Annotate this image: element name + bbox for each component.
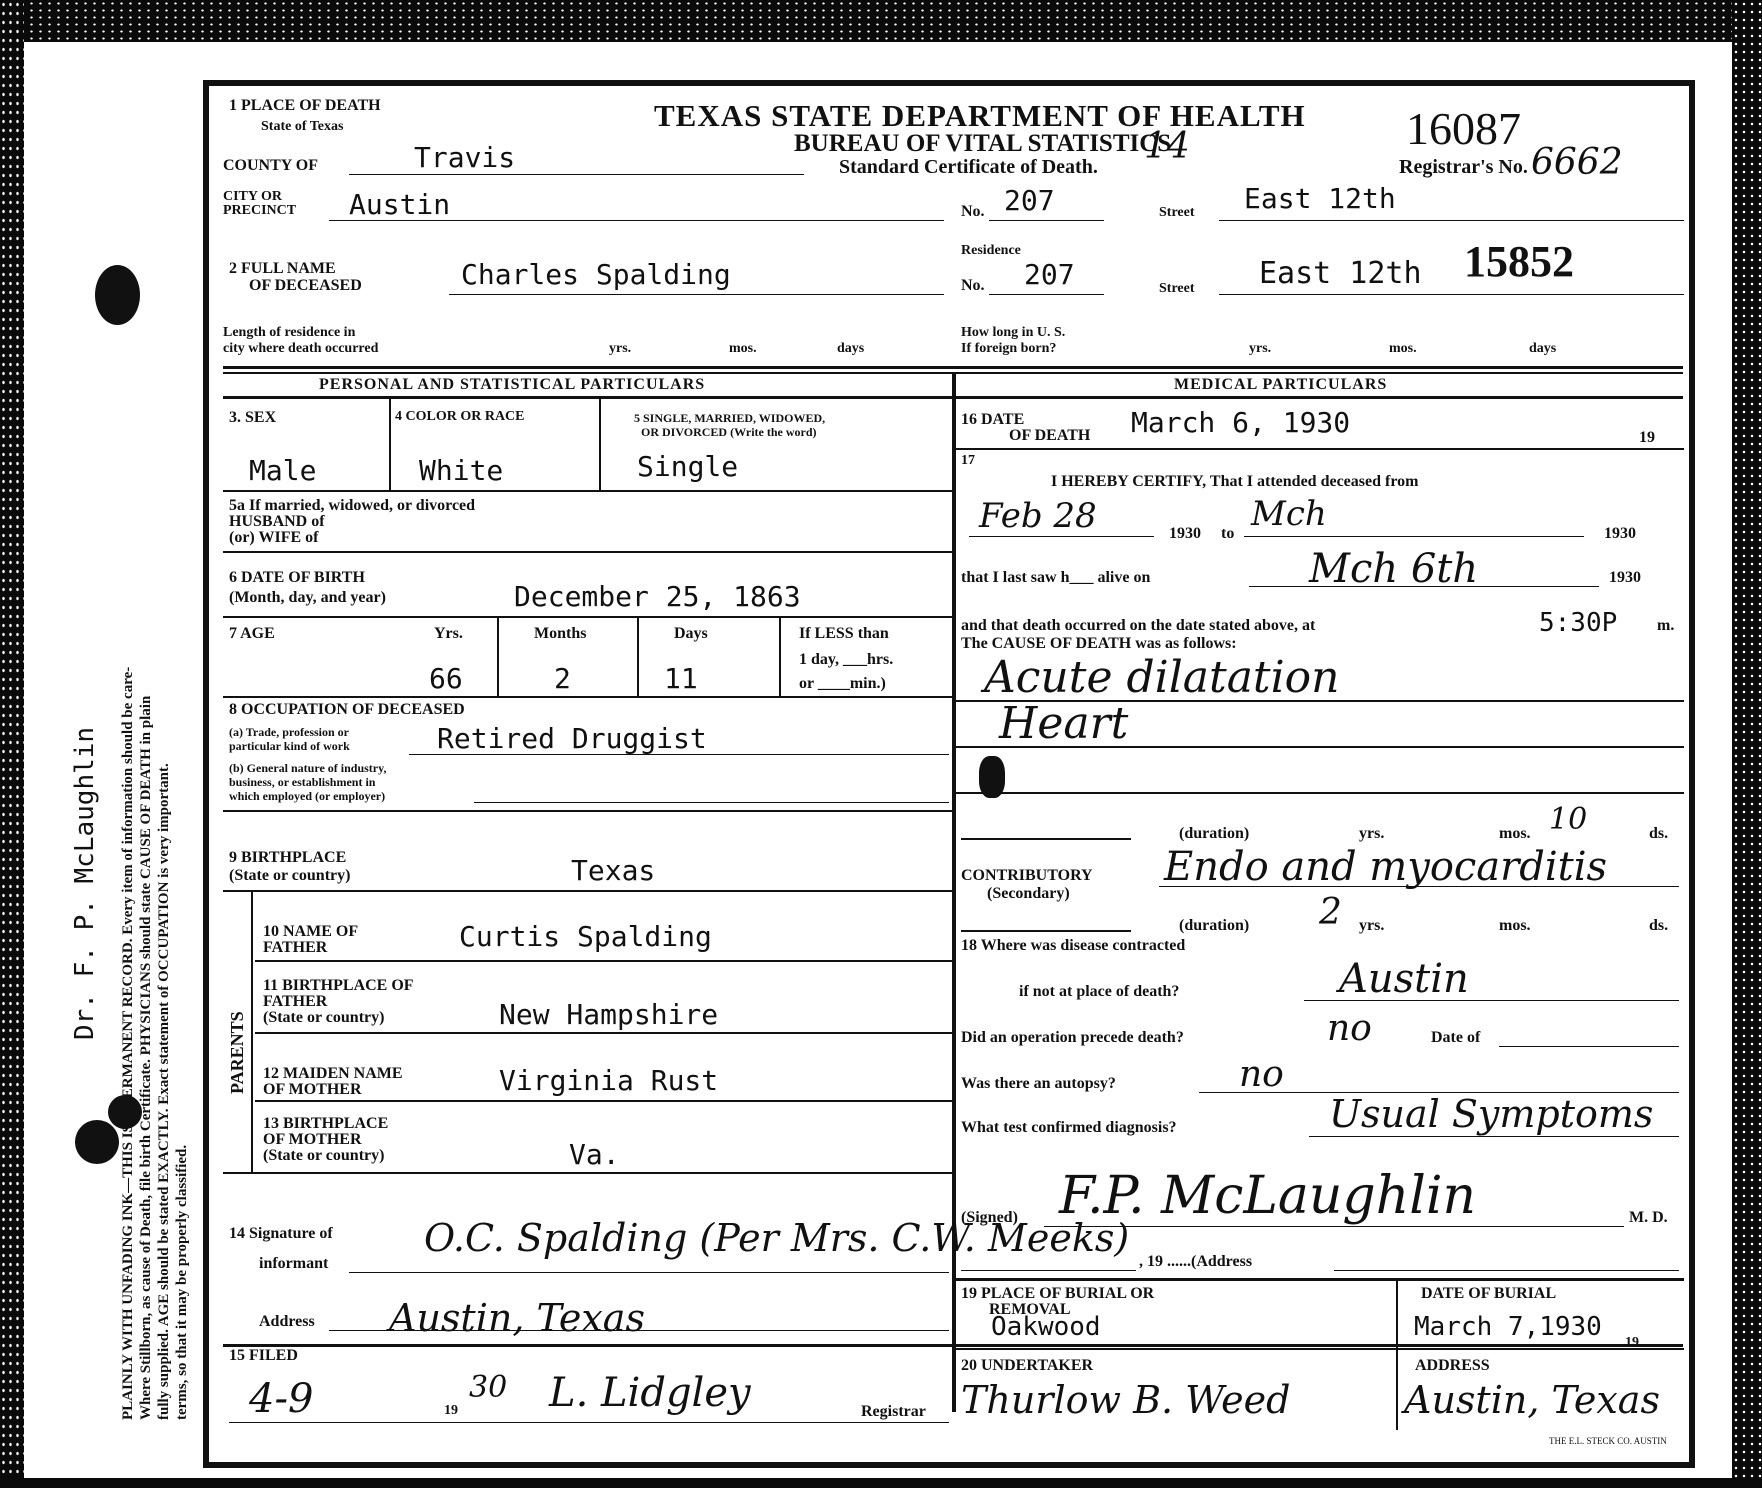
birthplace-value: Texas [571,854,655,887]
underline [349,174,804,175]
address-no-label: No. [961,204,985,220]
county-value: Travis [414,141,515,174]
date-of-birth-value: December 25, 1863 [514,580,801,613]
to-label: to [1221,526,1234,542]
divider [255,1032,953,1034]
disease-contracted-value: Austin [1339,956,1469,1002]
residence-length-label-1: Length of residence in [223,326,355,340]
father-name-label-2: FATHER [263,940,327,956]
underline [961,1270,1136,1271]
not-at-place-label: if not at place of death? [1019,984,1179,1000]
informant-label-2: informant [259,1256,328,1272]
divider [255,960,953,962]
filed-year-suffix: 30 [469,1370,507,1405]
test-value: Usual Symptoms [1329,1092,1653,1136]
contributory-duration-label: (duration) [1179,918,1249,934]
underline [1044,1226,1624,1227]
filed-year-prefix: 19 [444,1404,458,1418]
residence-street-label: Street [1159,282,1195,296]
divider [223,696,953,698]
last-saw-year: 1930 [1609,570,1641,586]
occupation-a-label-1: (a) Trade, profession or [229,726,349,738]
divider [223,551,953,553]
age-months-label: Months [534,626,586,642]
city-label-1: CITY OR [223,190,282,204]
us-mos-label: mos. [1389,342,1417,356]
signed-label: (Signed) [961,1210,1018,1226]
underline [329,220,944,221]
full-name-label-1: 2 FULL NAME [229,261,336,277]
underline [229,1422,949,1423]
medical-section-title: MEDICAL PARTICULARS [1174,376,1387,394]
age-months-value: 2 [554,662,571,695]
disease-contracted-label: 18 Where was disease contracted [961,938,1185,954]
underline [989,220,1104,221]
place-of-death-label: 1 PLACE OF DEATH [229,98,381,114]
occupation-value: Retired Druggist [437,722,707,755]
parents-group-label: PARENTS [227,1011,248,1094]
margin-instruction: PLAINLY WITH UNFADING INK—THIS IS A PERM… [120,667,137,1420]
dob-label-1: 6 DATE OF BIRTH [229,570,365,586]
underline [1219,220,1684,221]
issuer-title: TEXAS STATE DEPARTMENT OF HEALTH [654,98,1306,134]
sex-label: 3. SEX [229,410,276,426]
cell-divider [1396,1280,1398,1430]
divider [954,448,1684,450]
mother-name-label-2: OF MOTHER [263,1082,362,1098]
contributory-yrs-label: yrs. [1359,918,1384,934]
stamp-number: 15852 [1464,236,1574,287]
test-label: What test confirmed diagnosis? [961,1120,1177,1136]
dob-label-2: (Month, day, and year) [229,590,386,606]
us-yrs-label: yrs. [1249,342,1271,356]
parents-bracket [251,892,253,1172]
divider [223,366,1683,369]
divider [954,1278,1684,1281]
operation-label: Did an operation precede death? [961,1030,1184,1046]
filed-label: 15 FILED [229,1348,298,1364]
contributory-label-1: CONTRIBUTORY [961,868,1093,884]
cell-divider [779,618,781,696]
attended-from: Feb 28 [979,496,1097,536]
underline [329,1330,949,1331]
mother-bp-label-1: 13 BIRTHPLACE [263,1116,388,1132]
residence-street-value: East 12th [1259,256,1422,291]
underline [409,754,949,755]
duration-ds-label: ds. [1649,826,1668,842]
less-than-label-2: 1 day, ___hrs. [799,652,893,668]
cause-line-1: Acute dilatation [984,652,1340,703]
age-days-label: Days [674,626,708,642]
less-than-label-3: or ____min.) [799,676,886,692]
scan-border-left [0,0,24,1488]
contributory-ds-label: ds. [1649,918,1668,934]
dod-label-2: OF DEATH [1009,428,1090,444]
underline [1249,586,1599,587]
age-days-value: 11 [664,662,698,695]
marital-label-2: OR DIVORCED (Write the word) [641,426,817,438]
underline [449,294,944,295]
registrar-number-handwritten: 6662 [1531,142,1623,183]
cell-divider [637,618,639,696]
attended-from-year: 1930 [1169,526,1201,542]
underline [1219,294,1684,295]
informant-label-1: 14 Signature of [229,1226,333,1242]
divider [954,746,1684,748]
days-label: days [837,342,864,356]
divider [223,1344,1683,1347]
full-name-label-2: OF DECEASED [249,278,362,294]
occupation-b-label-1: (b) General nature of industry, [229,762,386,774]
physician-signature: F.P. McLaughlin [1059,1166,1476,1226]
undertaker-label: 20 UNDERTAKER [961,1358,1093,1374]
us-label-2: If foreign born? [961,342,1056,356]
informant-address: Austin, Texas [389,1296,645,1340]
age-yrs-label: Yrs. [434,626,463,642]
occupation-b-label-2: business, or establishment in [229,776,375,788]
contributory-duration-yrs: 2 [1319,892,1342,933]
underline [349,1272,949,1273]
less-than-label-1: If LESS than [799,626,889,642]
filed-date: 4-9 [249,1376,313,1422]
age-label: 7 AGE [229,626,275,642]
spouse-label-1: 5a If married, widowed, or divorced [229,498,475,514]
father-bp-label-2: FATHER [263,994,327,1010]
undertaker-address: Austin, Texas [1404,1378,1660,1422]
city-label-2: PRECINCT [223,204,296,218]
occupation-label: 8 OCCUPATION OF DECEASED [229,702,465,718]
underline [989,294,1104,295]
sign-date-label: , 19 ......(Address [1139,1254,1252,1270]
race-value: White [419,454,503,487]
father-name-label-1: 10 NAME OF [263,924,358,940]
underline [1309,1136,1679,1137]
attended-to-year: 1930 [1604,526,1636,542]
duration-label: (duration) [1179,826,1249,842]
ink-blot [95,265,140,325]
county-label: COUNTY OF [223,158,318,174]
registrar-signature: L. Lidgley [549,1370,751,1416]
father-birthplace-value: New Hampshire [499,998,718,1031]
registrar-label: Registrar [861,1404,926,1420]
contributory-mos-label: mos. [1499,918,1531,934]
underline [961,838,1131,840]
md-label: M. D. [1629,1210,1668,1226]
divider [255,1100,953,1102]
marital-status-value: Single [637,450,738,483]
mos-label: mos. [729,342,757,356]
certificate-frame: 1 PLACE OF DEATH State of Texas COUNTY O… [203,80,1695,1468]
burial-place-value: Oakwood [991,1312,1101,1342]
autopsy-value: no [1239,1054,1284,1095]
age-years-value: 66 [429,662,463,695]
cause-line-2: Heart [999,698,1128,749]
operation-date-label: Date of [1431,1030,1480,1046]
ink-blot [108,1095,142,1129]
divider [223,810,953,812]
underline [1159,886,1679,887]
duration-yrs-label: yrs. [1359,826,1384,842]
divider [223,490,953,492]
dod-year-suffix: 19 [1639,430,1655,446]
occupation-a-label-2: particular kind of work [229,740,350,752]
informant-signature: O.C. Spalding (Per Mrs. C.W. Meeks) [424,1216,1129,1260]
underline [1304,1000,1679,1001]
registrar-number-printed: 16087 [1406,102,1521,155]
deceased-name: Charles Spalding [461,258,731,291]
cert-number: 17 [961,454,975,468]
state-label: State of Texas [261,120,343,134]
mother-maiden-name-value: Virginia Rust [499,1064,718,1097]
mother-name-label-1: 12 MAIDEN NAME [263,1066,403,1082]
us-label-1: How long in U. S. [961,326,1065,340]
cause-duration-days: 10 [1549,802,1587,837]
duration-mos-label: mos. [1499,826,1531,842]
contributory-label-2: (Secondary) [987,886,1070,902]
divider [223,890,953,892]
burial-place-label-1: 19 PLACE OF BURIAL OR [961,1286,1154,1302]
father-bp-label-3: (State or country) [263,1010,384,1026]
street-value: East 12th [1244,182,1396,215]
cell-divider [599,398,601,490]
mother-bp-label-2: OF MOTHER [263,1132,362,1148]
time-suffix: m. [1657,618,1674,634]
birthplace-label-2: (State or country) [229,868,350,884]
occupation-b-label-3: which employed (or employer) [229,790,385,802]
attending-physician-note: Dr. F. P. McLaughlin [70,727,100,1040]
underline [1244,536,1584,537]
marital-label-1: 5 SINGLE, MARRIED, WIDOWED, [634,412,825,424]
underline [961,930,1131,932]
spouse-label-2: HUSBAND of [229,514,325,530]
street-label: Street [1159,206,1195,220]
scan-border-bottom [0,1478,1762,1488]
attended-to: Mch [1251,494,1327,534]
scan-border-right [1732,0,1762,1488]
last-saw-label: that I last saw h___ alive on [961,570,1150,586]
birthplace-label-1: 9 BIRTHPLACE [229,850,346,866]
divider [223,616,953,618]
margin-instruction: fully supplied. AGE should be stated EXA… [156,763,173,1420]
spouse-label-3: (or) WIFE of [229,530,318,546]
autopsy-label: Was there an autopsy? [961,1076,1116,1092]
date-of-death-value: March 6, 1930 [1131,406,1350,439]
printer-credit: THE E.L. STECK CO. AUSTIN [1549,1436,1667,1446]
registrar-number-label: Registrar's No. [1399,156,1528,179]
ink-blot [75,1120,119,1164]
underline [969,536,1154,537]
residence-no-label: No. [961,278,985,294]
divider [954,792,1684,794]
cause-label: The CAUSE OF DEATH was as follows: [961,636,1237,652]
margin-instruction: Where Stillborn, as cause of Death, file… [138,696,155,1420]
underline [1334,1270,1679,1271]
personal-section-title: PERSONAL AND STATISTICAL PARTICULARS [319,376,705,394]
dod-label-1: 16 DATE [961,412,1024,428]
informant-address-label: Address [259,1314,315,1330]
bureau-title: BUREAU OF VITAL STATISTICS [794,130,1171,158]
certify-text: I HEREBY CERTIFY, That I attended deceas… [1051,474,1418,490]
mother-birthplace-value: Va. [569,1138,620,1171]
operation-value: no [1327,1008,1372,1049]
contributory-cause: Endo and myocarditis [1164,844,1607,890]
margin-instruction: terms, so that it may be properly classi… [174,1145,191,1420]
city-value: Austin [349,188,450,221]
address-no-value: 207 [1004,184,1055,217]
occurred-label: and that death occurred on the date stat… [961,618,1315,634]
file-mark: 14 [1144,126,1190,167]
father-name-value: Curtis Spalding [459,920,712,953]
residence-label: Residence [961,244,1021,258]
yrs-label: yrs. [609,342,631,356]
undertaker-signature: Thurlow B. Weed [961,1378,1290,1422]
divider [223,1172,953,1174]
scan-border-top [0,0,1762,42]
burial-date-label: DATE OF BURIAL [1421,1286,1556,1302]
us-days-label: days [1529,342,1556,356]
form-title: Standard Certificate of Death. [839,156,1098,179]
underline [1499,1046,1679,1047]
underline [474,802,949,803]
mother-bp-label-3: (State or country) [263,1148,384,1164]
burial-date-value: March 7,1930 [1414,1312,1602,1342]
divider [954,1348,1684,1350]
father-bp-label-1: 11 BIRTHPLACE OF [263,978,414,994]
residence-no-value: 207 [1024,258,1075,291]
cell-divider [497,618,499,696]
undertaker-address-label: ADDRESS [1415,1358,1490,1374]
residence-length-label-2: city where death occurred [223,342,378,356]
sex-value: Male [249,454,316,487]
cell-divider [389,398,391,490]
time-of-death: 5:30P [1539,608,1617,638]
race-label: 4 COLOR OR RACE [395,410,525,424]
